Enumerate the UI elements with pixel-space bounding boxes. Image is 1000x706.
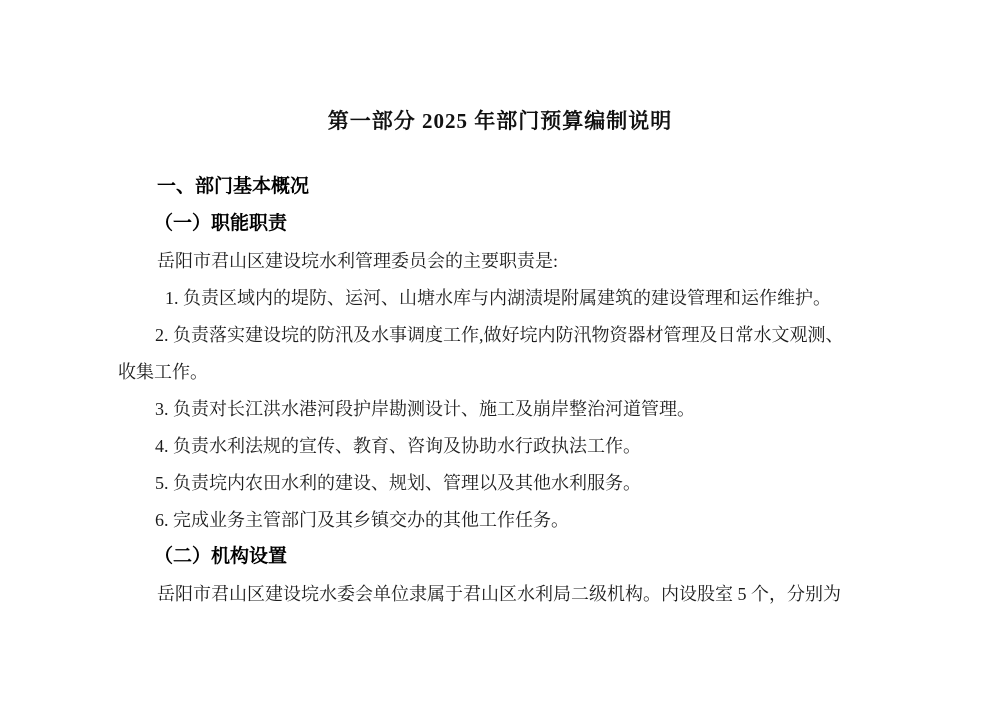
document-body: 一、部门基本概况 （一）职能职责 岳阳市君山区建设垸水利管理委员会的主要职责是:… (118, 0, 882, 706)
paragraph-duty-3: 3. 负责对长江洪水港河段护岸勘测设计、施工及崩岸整治河道管理。 (155, 396, 695, 422)
paragraph-duty-1: 1. 负责区域内的堤防、运河、山塘水库与内湖渍堤附属建筑的建设管理和运作维护。 (165, 285, 831, 311)
paragraph-duty-6: 6. 完成业务主管部门及其乡镇交办的其他工作任务。 (155, 507, 569, 533)
document-page: 第一部分 2025 年部门预算编制说明 一、部门基本概况 （一）职能职责 岳阳市… (0, 0, 1000, 706)
paragraph-duty-5: 5. 负责垸内农田水利的建设、规划、管理以及其他水利服务。 (155, 470, 641, 496)
subsection-heading-1-2: （二）机构设置 (154, 544, 287, 570)
paragraph-duty-4: 4. 负责水利法规的宣传、教育、咨询及协助水行政执法工作。 (155, 433, 641, 459)
paragraph-organization-intro: 岳阳市君山区建设垸水委会单位隶属于君山区水利局二级机构。内设股室 5 个，分别为 (157, 581, 841, 607)
paragraph-duty-2-line-1: 2. 负责落实建设垸的防汛及水事调度工作,做好垸内防汛物资器材管理及日常水文观测… (155, 322, 844, 348)
paragraph-responsibilities-intro: 岳阳市君山区建设垸水利管理委员会的主要职责是: (157, 248, 558, 274)
subsection-heading-1-1: （一）职能职责 (154, 211, 287, 237)
section-heading-1: 一、部门基本概况 (157, 174, 309, 200)
paragraph-duty-2-line-2: 收集工作。 (118, 359, 208, 385)
